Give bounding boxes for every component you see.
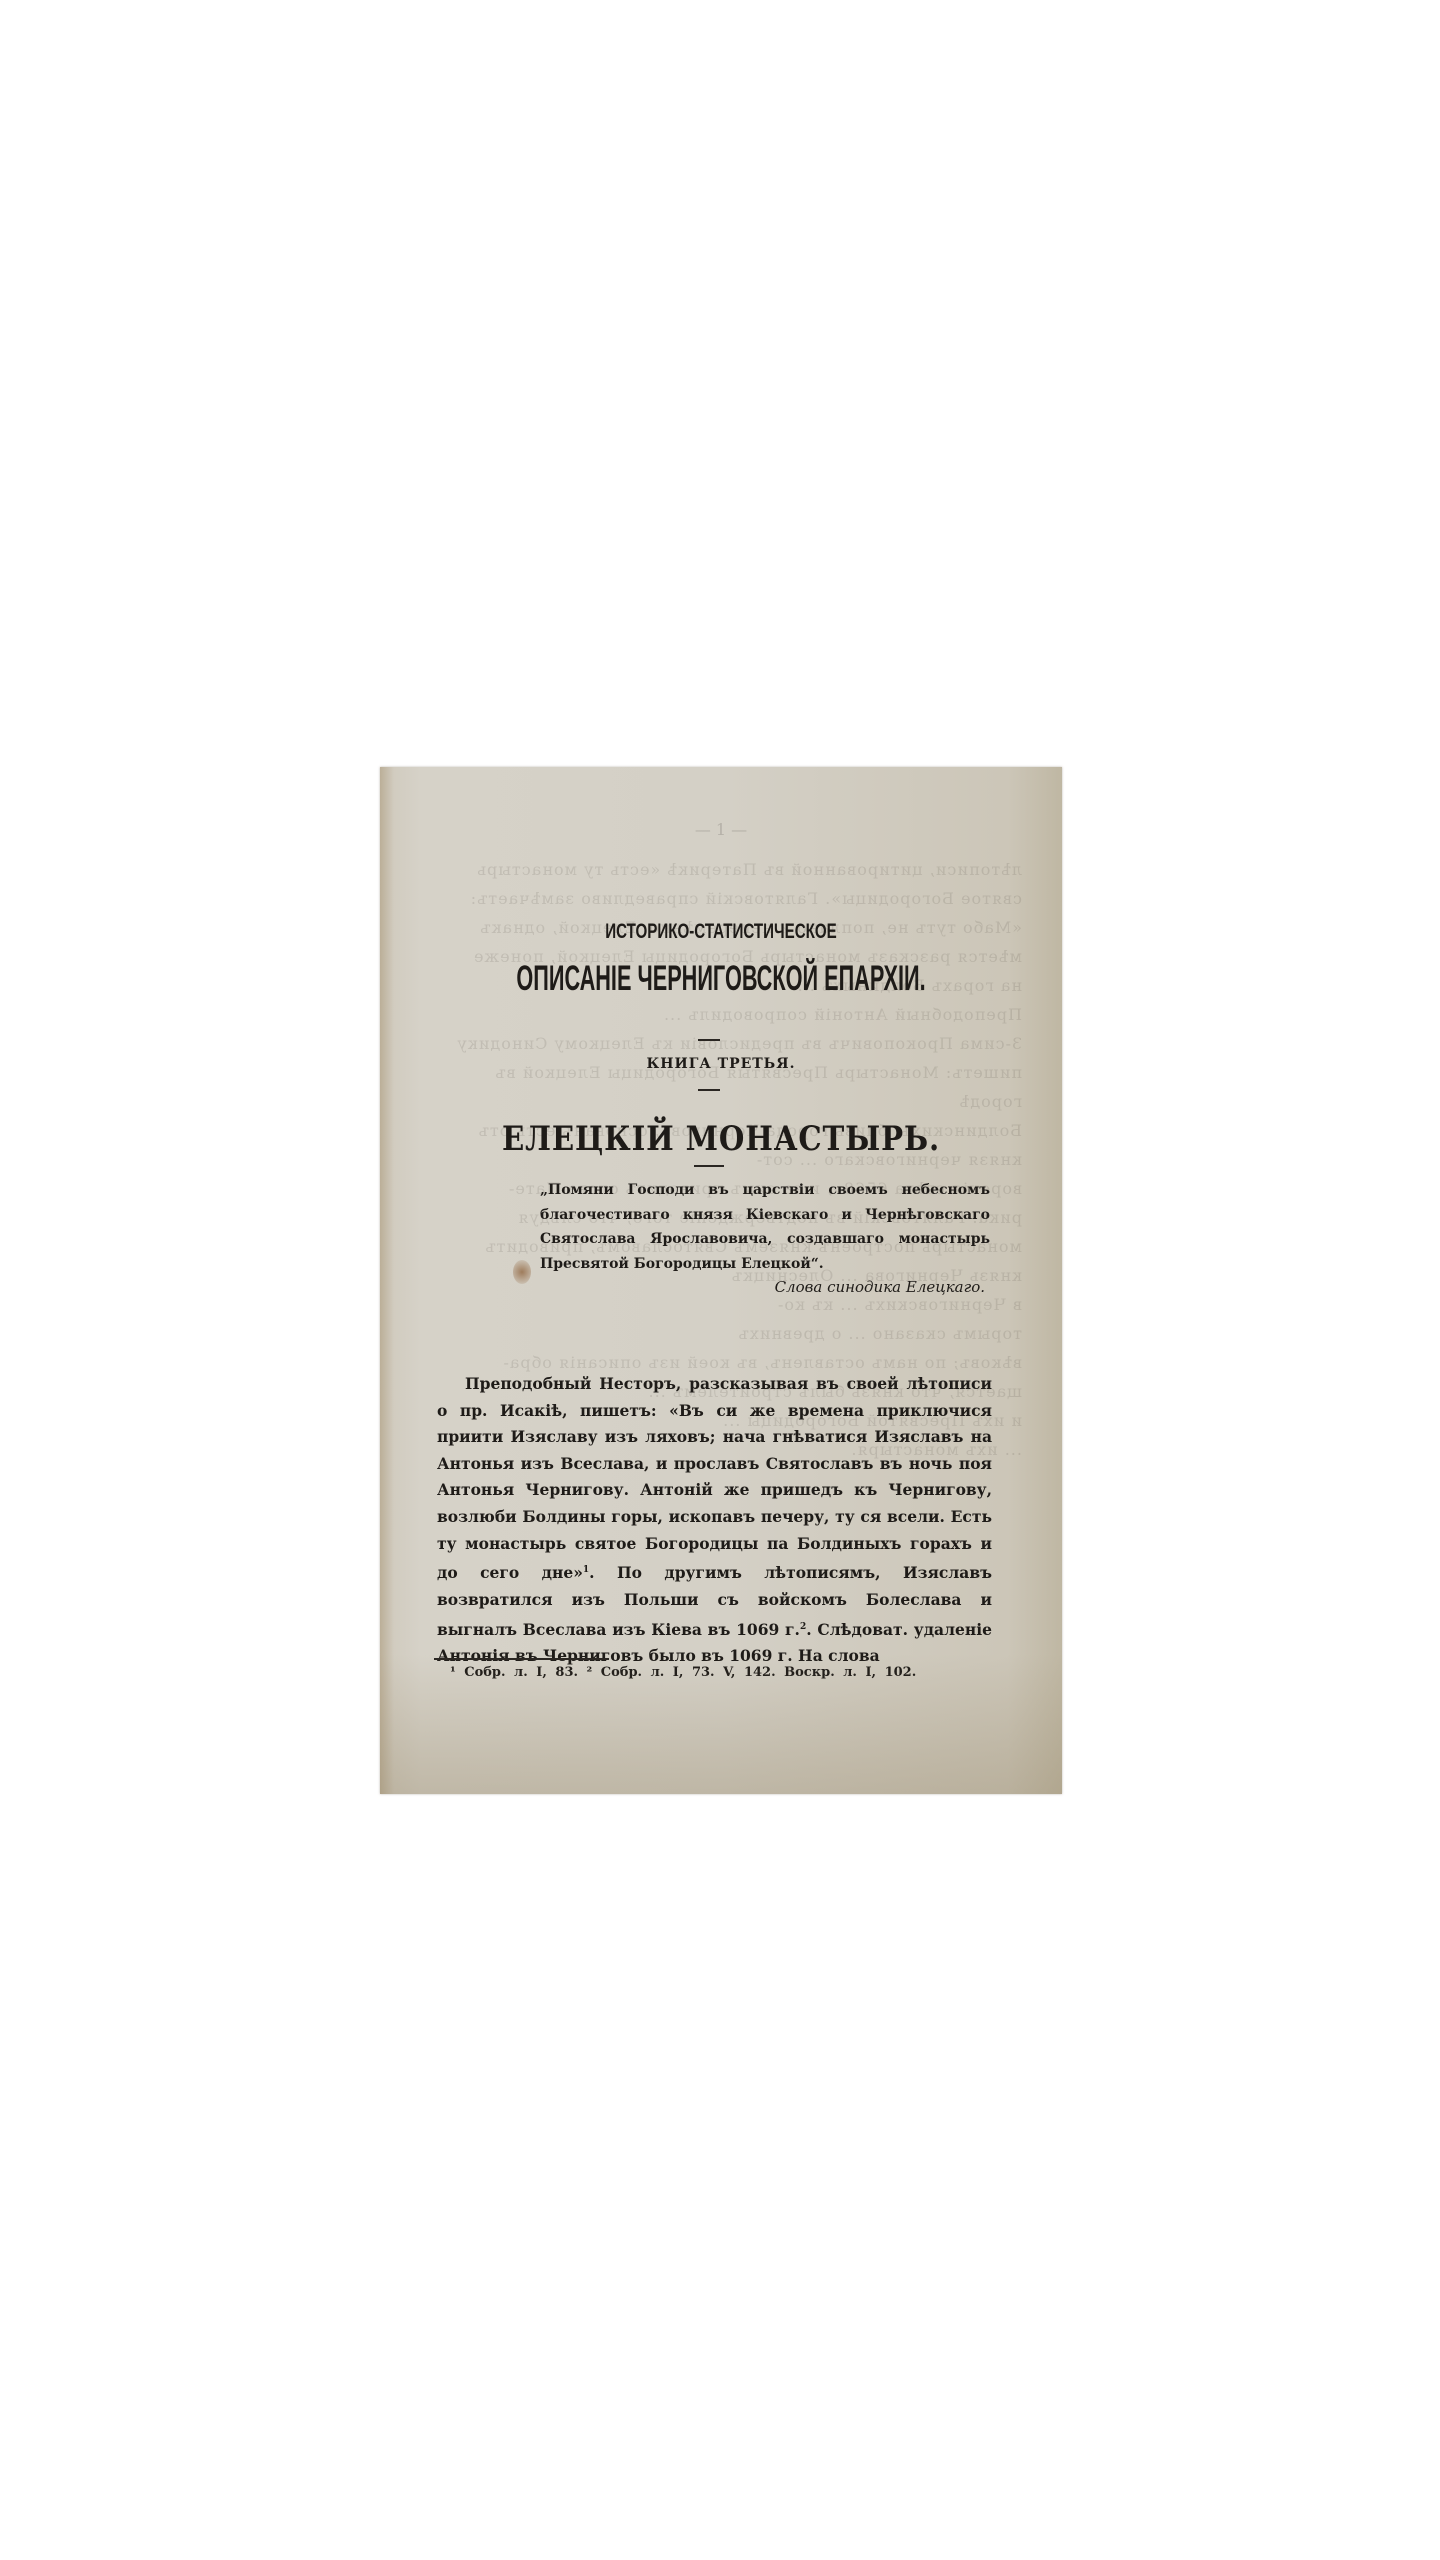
page-number: — 1 — — [380, 820, 1062, 839]
footnote-rule — [434, 1658, 609, 1660]
epigraph: „Помяни Господи въ царствіи своемъ небес… — [540, 1178, 990, 1276]
divider-dash — [698, 1039, 720, 1041]
document-page: лѣтописи, цитированной въ Патерикѣ «есть… — [380, 767, 1062, 1794]
body-text: Преподобный Несторъ, разсказывая въ свое… — [437, 1371, 992, 1670]
title-line-2: ОПИСАНІЕ ЧЕРНИГОВСКОЙ ЕПАРХІИ. — [510, 959, 933, 999]
section-title: ЕЛЕЦКІЙ МОНАСТЫРЬ. — [428, 1119, 1015, 1159]
divider-dash — [698, 1089, 720, 1091]
book-label: КНИГА ТРЕТЬЯ. — [380, 1056, 1062, 1072]
divider-dash — [694, 1165, 724, 1167]
body-paragraph: Преподобный Несторъ, разсказывая въ свое… — [437, 1371, 992, 1670]
footnotes: ¹ Собр. л. I, 83. ² Собр. л. I, 73. V, 1… — [450, 1665, 995, 1680]
title-line-1: ИСТОРИКО-СТАТИСТИЧЕСКОЕ — [475, 920, 966, 944]
epigraph-source: Слова синодика Елецкаго. — [380, 1278, 985, 1296]
